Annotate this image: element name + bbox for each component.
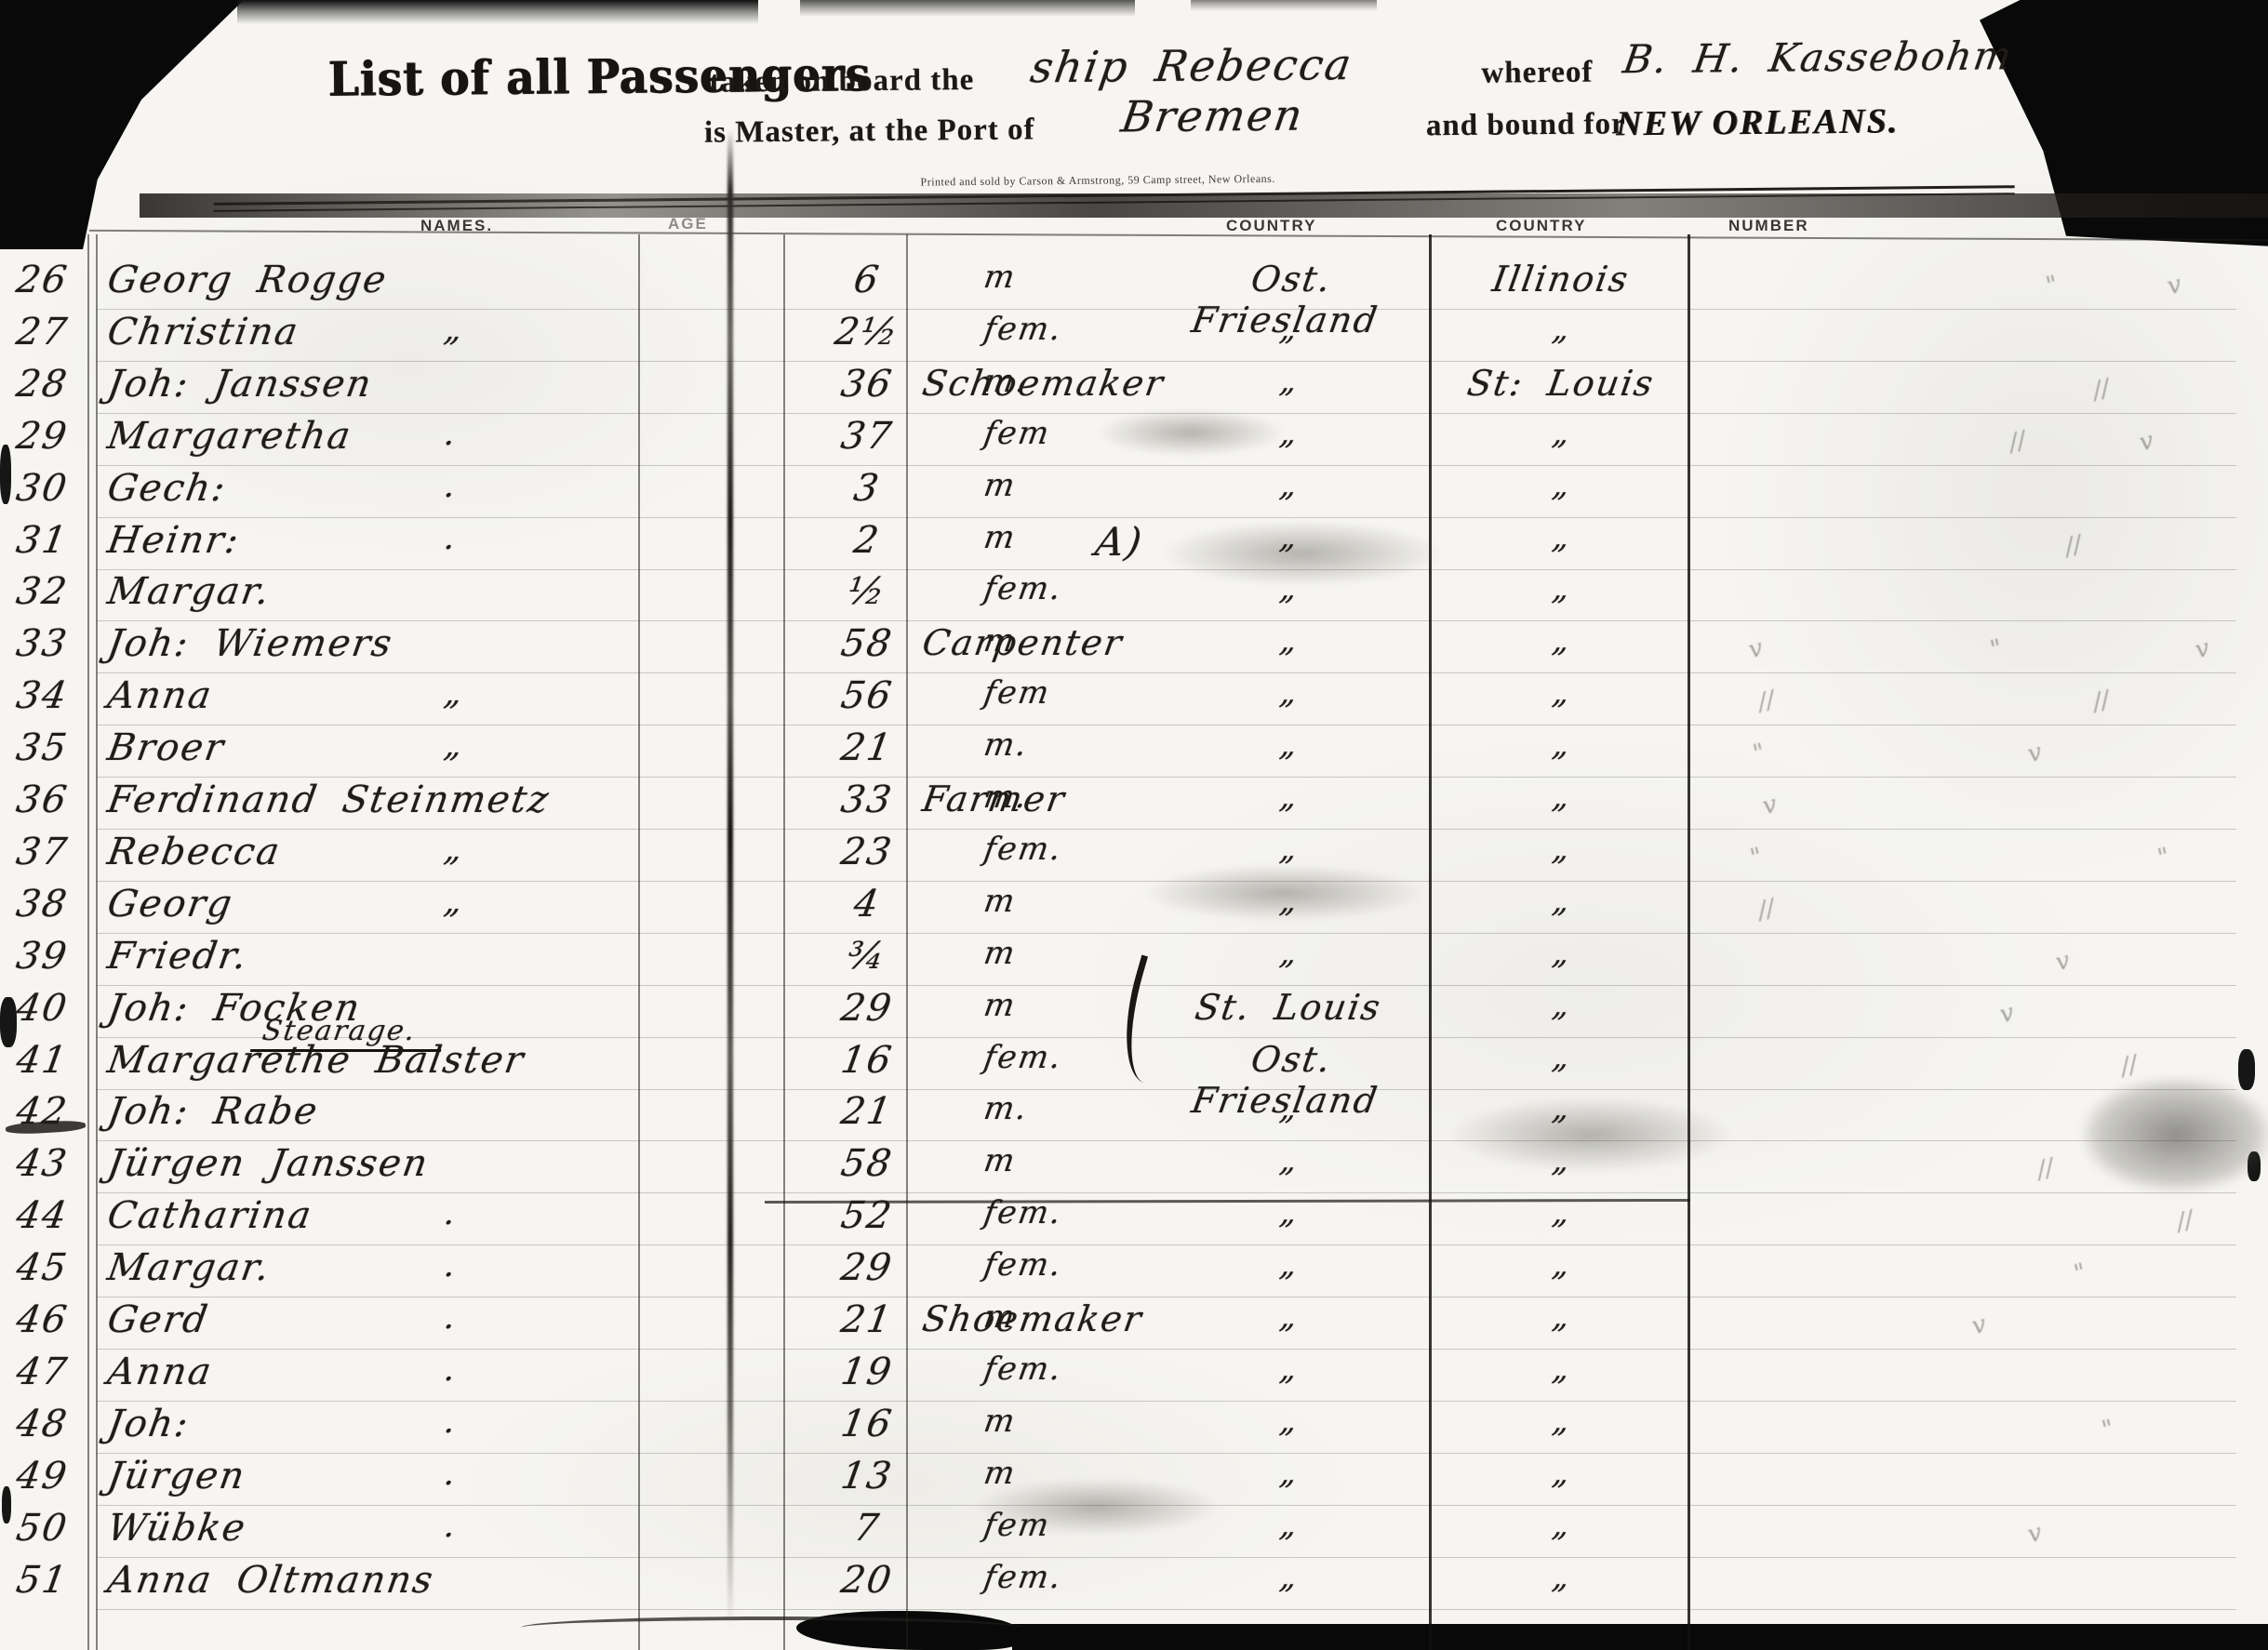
country-destination: „ — [1437, 415, 1685, 452]
passenger-number: 34 — [13, 674, 71, 717]
country-destination: „ — [1437, 1246, 1685, 1284]
passenger-name: Anna Oltmanns — [104, 1559, 437, 1602]
country-destination: „ — [1437, 1403, 1685, 1440]
row-guide-line — [97, 465, 2236, 466]
passenger-sex: m. — [981, 1090, 1031, 1127]
row-guide-line — [97, 1192, 2236, 1193]
country-origin: „ — [1151, 831, 1426, 868]
passenger-row: 26Georg Rogge6mOst. FrieslandIllinois — [0, 259, 2268, 311]
row-guide-line — [97, 1505, 2236, 1506]
name-ditto-mark: . — [442, 1194, 460, 1232]
passenger-number: 26 — [13, 259, 71, 301]
passenger-age: 7 — [789, 1507, 944, 1550]
passenger-sex: m — [981, 1455, 1020, 1492]
country-origin: „ — [1151, 467, 1426, 504]
passenger-number: 43 — [13, 1142, 71, 1185]
country-origin: „ — [1151, 311, 1426, 348]
country-origin: „ — [1151, 1142, 1426, 1179]
passenger-sex: fem. — [981, 570, 1065, 607]
row-guide-line — [97, 413, 2236, 414]
row-guide-line — [97, 881, 2236, 882]
passenger-name: Jürgen Janssen — [104, 1142, 432, 1185]
row-guide-line — [97, 517, 2236, 518]
passenger-row: 33Joh: Wiemers58mCarpenter„„ — [0, 622, 2268, 674]
country-destination: „ — [1437, 570, 1685, 607]
country-destination: „ — [1437, 726, 1685, 764]
passenger-row: 44Catharina.52fem.„„ — [0, 1194, 2268, 1246]
passenger-name: Ferdinand Steinmetz — [104, 778, 553, 821]
name-ditto-mark: „ — [442, 726, 467, 765]
passenger-sex: fem. — [981, 1039, 1065, 1076]
passenger-number: 41 — [13, 1039, 71, 1082]
passenger-row: 34Anna„56fem„„ — [0, 674, 2268, 726]
passenger-name: Anna — [104, 674, 216, 717]
passenger-age: 19 — [789, 1351, 944, 1393]
passenger-name: Gerd — [104, 1298, 212, 1341]
passenger-name: Catharina — [104, 1194, 315, 1237]
passenger-row: 27Christina„2½fem.„„ — [0, 311, 2268, 363]
passenger-number: 36 — [13, 778, 71, 821]
row-guide-line — [97, 1609, 2236, 1610]
passenger-age: 2½ — [789, 311, 944, 353]
passenger-age: 21 — [789, 726, 944, 769]
passenger-name: Wübke — [104, 1507, 249, 1550]
country-origin: „ — [1151, 415, 1426, 452]
passenger-name: Joh: Rabe — [104, 1090, 322, 1133]
passenger-name: Margar. — [104, 1246, 273, 1289]
passenger-number: 32 — [13, 570, 71, 613]
passenger-sex: fem — [981, 1507, 1053, 1544]
country-origin: „ — [1151, 363, 1426, 400]
passenger-number: 30 — [13, 467, 71, 510]
country-origin: „ — [1151, 1246, 1426, 1284]
passenger-row: 45Margar..29fem.„„ — [0, 1246, 2268, 1298]
passenger-sex: m — [981, 259, 1020, 296]
passenger-sex: m — [981, 935, 1020, 972]
passenger-sex: fem — [981, 674, 1053, 712]
passenger-name: Christina — [104, 311, 302, 353]
passenger-age: 56 — [789, 674, 944, 717]
country-origin: „ — [1151, 1351, 1426, 1388]
passenger-number: 38 — [13, 883, 71, 925]
passenger-sex: m — [981, 1403, 1020, 1440]
row-guide-line — [97, 361, 2236, 362]
passenger-sex: fem. — [981, 1246, 1065, 1284]
name-ditto-mark: . — [442, 415, 460, 453]
name-ditto-mark: . — [442, 467, 460, 505]
name-ditto-mark: . — [442, 1351, 460, 1389]
passenger-row: 32Margar.½fem.„„ — [0, 570, 2268, 622]
passenger-number: 29 — [13, 415, 71, 458]
country-destination: „ — [1437, 467, 1685, 504]
row-guide-line — [97, 620, 2236, 621]
passenger-number: 45 — [13, 1246, 71, 1289]
passenger-age: 52 — [789, 1194, 944, 1237]
country-destination: „ — [1437, 1298, 1685, 1336]
passenger-name: Jürgen — [104, 1455, 248, 1497]
passenger-name: Margaretha — [104, 415, 354, 458]
row-guide-line — [97, 1297, 2236, 1297]
country-origin: „ — [1151, 1194, 1426, 1231]
passenger-sex: m — [981, 1142, 1020, 1179]
name-ditto-mark: . — [442, 1246, 460, 1284]
country-destination: „ — [1437, 987, 1685, 1024]
passenger-row: 46Gerd.21mShoemaker„„ — [0, 1298, 2268, 1351]
country-origin: „ — [1151, 1455, 1426, 1492]
passenger-number: 49 — [13, 1455, 71, 1497]
passenger-number: 37 — [13, 831, 71, 873]
passenger-age: 2 — [789, 519, 944, 562]
passenger-name: Georg Rogge — [104, 259, 391, 301]
country-origin: „ — [1151, 778, 1426, 816]
country-origin: „ — [1151, 726, 1426, 764]
passenger-age: 23 — [789, 831, 944, 873]
row-guide-line — [97, 1349, 2236, 1350]
country-destination: „ — [1437, 1039, 1685, 1076]
passenger-row: 47Anna.19fem.„„ — [0, 1351, 2268, 1403]
passenger-number: 40 — [13, 987, 71, 1030]
passenger-age: ¾ — [789, 935, 944, 978]
country-origin: „ — [1151, 1090, 1426, 1127]
row-guide-line — [97, 309, 2236, 310]
country-destination: „ — [1437, 935, 1685, 972]
country-destination: „ — [1437, 1142, 1685, 1179]
passenger-number: 48 — [13, 1403, 71, 1445]
row-guide-line — [97, 1557, 2236, 1558]
passenger-row: 35Broer„21m.„„ — [0, 726, 2268, 778]
passenger-occupation: Schoemaker — [920, 363, 1168, 404]
country-destination: „ — [1437, 1351, 1685, 1388]
passenger-name: Gech: — [104, 467, 230, 510]
passenger-row: 30Gech:.3m„„ — [0, 467, 2268, 519]
country-origin: „ — [1151, 1403, 1426, 1440]
passenger-age: 3 — [789, 467, 944, 510]
scanned-passenger-manifest: List of all Passengers taken on board th… — [0, 0, 2268, 1650]
passenger-number: 35 — [13, 726, 71, 769]
name-ditto-mark: „ — [442, 311, 467, 349]
passenger-age: 4 — [789, 883, 944, 925]
passenger-row: 39Friedr.¾m„„ — [0, 935, 2268, 987]
passenger-age: 29 — [789, 1246, 944, 1289]
passenger-row: 50Wübke.7fem„„ — [0, 1507, 2268, 1559]
country-destination: Illinois — [1437, 259, 1686, 299]
passenger-age: ½ — [789, 570, 944, 613]
passenger-age: 29 — [789, 987, 944, 1030]
pen-mark: A) — [1092, 519, 1146, 565]
passenger-sex: m — [981, 987, 1020, 1024]
passenger-row: 42Joh: Rabe21m.„„ — [0, 1090, 2268, 1142]
country-origin: „ — [1151, 935, 1426, 972]
passenger-sex: fem. — [981, 831, 1065, 868]
country-destination: „ — [1437, 1559, 1685, 1596]
country-origin: „ — [1151, 519, 1426, 556]
name-ditto-mark: . — [442, 1507, 460, 1545]
passenger-sex: m — [981, 519, 1020, 556]
passenger-occupation: Shoemaker — [920, 1298, 1146, 1339]
passenger-row: 36Ferdinand Steinmetz33m.Farmer„„ — [0, 778, 2268, 831]
name-ditto-mark: „ — [442, 674, 467, 712]
passenger-sex: m — [981, 883, 1020, 920]
passenger-row: 41Margarethe Balster16fem.Ost. Friesland… — [0, 1039, 2268, 1091]
row-guide-line — [97, 985, 2236, 986]
passenger-row: 38Georg„4m„„ — [0, 883, 2268, 935]
country-destination: „ — [1437, 674, 1685, 712]
country-destination: „ — [1437, 1455, 1685, 1492]
country-destination: „ — [1437, 622, 1685, 659]
passenger-name: Georg — [104, 883, 236, 925]
name-ditto-mark: „ — [442, 831, 467, 869]
passenger-row: 31Heinr:.2m„„A) — [0, 519, 2268, 571]
passenger-number: 31 — [13, 519, 71, 562]
country-destination: „ — [1437, 1194, 1685, 1231]
passenger-number: 39 — [13, 935, 71, 978]
passenger-occupation: Carpenter — [920, 622, 1127, 663]
passenger-sex: fem. — [981, 311, 1065, 348]
passenger-row: 43Jürgen Janssen58m„„ — [0, 1142, 2268, 1194]
country-origin: „ — [1151, 1507, 1426, 1544]
passenger-sex: m. — [981, 726, 1031, 764]
passenger-age: 58 — [789, 1142, 944, 1185]
passenger-sex: fem. — [981, 1351, 1065, 1388]
passenger-number: 47 — [13, 1351, 71, 1393]
passenger-name: Friedr. — [104, 935, 251, 978]
passenger-age: 13 — [789, 1455, 944, 1497]
country-destination: „ — [1437, 883, 1685, 920]
row-guide-line — [97, 1453, 2236, 1454]
row-guide-line — [97, 933, 2236, 934]
country-destination: „ — [1437, 1507, 1685, 1544]
passenger-number: 51 — [13, 1559, 71, 1602]
passenger-row: 48Joh:.16m„„ — [0, 1403, 2268, 1455]
passenger-sex: fem. — [981, 1559, 1065, 1596]
passenger-age: 37 — [789, 415, 944, 458]
country-origin: „ — [1151, 1298, 1426, 1336]
passenger-age: 16 — [789, 1403, 944, 1445]
passenger-sex: m — [981, 467, 1020, 504]
passenger-name: Joh: Wiemers — [104, 622, 395, 665]
passenger-age: 21 — [789, 1090, 944, 1133]
name-ditto-mark: . — [442, 1455, 460, 1493]
passenger-number: 44 — [13, 1194, 71, 1237]
passenger-number: 27 — [13, 311, 71, 353]
row-guide-line — [97, 1244, 2236, 1245]
name-ditto-mark: . — [442, 519, 460, 557]
passenger-occupation: Farmer — [920, 778, 1069, 819]
country-origin: „ — [1151, 883, 1426, 920]
passenger-row: 49Jürgen.13m„„ — [0, 1455, 2268, 1507]
country-destination: „ — [1437, 311, 1685, 348]
passenger-name: Anna — [104, 1351, 216, 1393]
country-origin: „ — [1151, 622, 1426, 659]
passenger-number: 42 — [13, 1090, 71, 1133]
passenger-row: 51Anna Oltmanns20fem.„„ — [0, 1559, 2268, 1611]
passenger-age: 20 — [789, 1559, 944, 1602]
passenger-sex: fem — [981, 415, 1053, 452]
passenger-name: Rebecca — [104, 831, 284, 873]
row-guide-line — [97, 1140, 2236, 1141]
name-ditto-mark: „ — [442, 883, 467, 921]
row-guide-line — [97, 777, 2236, 778]
row-guide-line — [97, 829, 2236, 830]
passenger-name: Margar. — [104, 570, 273, 613]
country-destination: „ — [1437, 831, 1685, 868]
passenger-number: 33 — [13, 622, 71, 665]
passenger-rows: 26Georg Rogge6mOst. FrieslandIllinois27C… — [0, 0, 2268, 1650]
country-origin: „ — [1151, 1559, 1426, 1596]
name-ditto-mark: . — [442, 1403, 460, 1441]
passenger-row: 29Margaretha.37fem„„ — [0, 415, 2268, 467]
country-destination: „ — [1437, 778, 1685, 816]
passenger-row: 28Joh: Janssen36m.Schoemaker„St: Louis — [0, 363, 2268, 415]
passenger-name: Joh: Janssen — [104, 363, 375, 406]
row-guide-line — [97, 1401, 2236, 1402]
passenger-number: 46 — [13, 1298, 71, 1341]
country-destination: St: Louis — [1437, 363, 1686, 404]
passenger-name: Joh: — [104, 1403, 193, 1445]
passenger-sex: fem. — [981, 1194, 1065, 1231]
steerage-annotation: Stearage. — [250, 1015, 447, 1052]
name-ditto-mark: . — [442, 1298, 460, 1337]
passenger-age: 16 — [789, 1039, 944, 1082]
country-origin: „ — [1151, 570, 1426, 607]
passenger-name: Broer — [104, 726, 228, 769]
passenger-number: 28 — [13, 363, 71, 406]
country-origin: St. Louis — [1151, 987, 1427, 1028]
row-guide-line — [97, 725, 2236, 725]
passenger-name: Heinr: — [104, 519, 243, 562]
country-origin: „ — [1151, 674, 1426, 712]
passenger-row: 37Rebecca„23fem.„„ — [0, 831, 2268, 883]
country-destination: „ — [1437, 1090, 1685, 1127]
row-guide-line — [97, 672, 2236, 673]
passenger-age: 6 — [789, 259, 944, 301]
passenger-number: 50 — [13, 1507, 71, 1550]
country-destination: „ — [1437, 519, 1685, 556]
